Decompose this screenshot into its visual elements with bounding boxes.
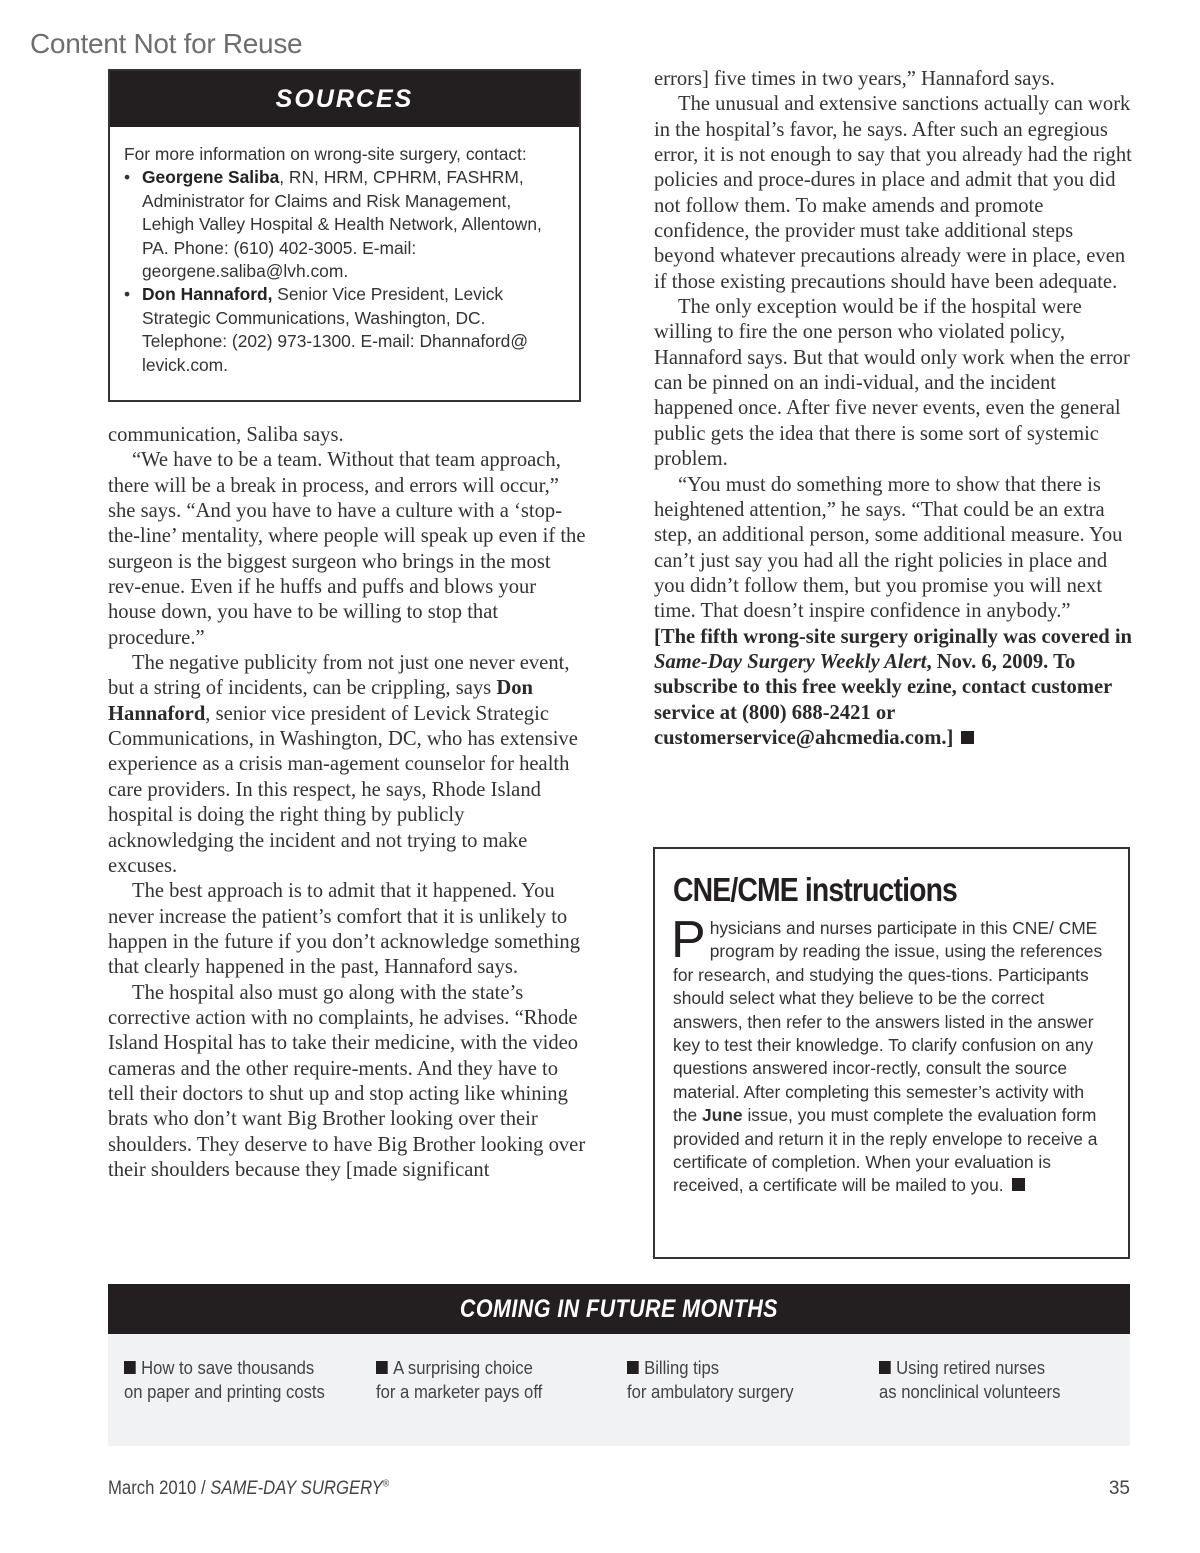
article-left-column: communication, Saliba says. “We have to … — [108, 423, 588, 1183]
future-items: How to save thousands on paper and print… — [108, 1334, 1130, 1404]
cne-title: CNE/CME instructions — [673, 871, 1049, 909]
contact-name: Georgene Saliba — [142, 167, 279, 187]
cne-body: Physicians and nurses participate in thi… — [673, 917, 1110, 1198]
highlight-month: June — [702, 1105, 743, 1125]
sources-box: SOURCES For more information on wrong-si… — [108, 69, 581, 402]
future-item-line: How to save thousands — [141, 1357, 314, 1378]
future-item: Billing tips for ambulatory surgery — [627, 1356, 853, 1404]
paragraph: The best approach is to admit that it ha… — [108, 879, 588, 980]
end-mark-icon — [1012, 1178, 1025, 1191]
paragraph: errors] five times in two years,” Hannaf… — [654, 67, 1134, 92]
paragraph: The unusual and extensive sanctions actu… — [654, 92, 1134, 295]
sources-contact: Don Hannaford, Senior Vice President, Le… — [124, 283, 565, 377]
end-mark-icon — [961, 731, 974, 744]
footer-date: March 2010 / — [108, 1478, 210, 1499]
watermark: Content Not for Reuse — [30, 28, 302, 60]
future-item: A surprising choice for a marketer pays … — [376, 1356, 602, 1404]
drop-cap: P — [671, 919, 706, 961]
contact-name: Don Hannaford, — [142, 284, 272, 304]
future-item-line: A surprising choice — [393, 1357, 533, 1378]
bullet-square-icon — [627, 1361, 639, 1374]
future-header: COMING IN FUTURE MONTHS — [108, 1284, 1130, 1334]
sources-title: SOURCES — [276, 85, 414, 114]
publication-title: Same-Day Surgery Weekly Alert — [654, 651, 926, 673]
future-title: COMING IN FUTURE MONTHS — [460, 1295, 778, 1324]
page-number: 35 — [1109, 1478, 1130, 1500]
future-item-line: Using retired nurses — [896, 1357, 1045, 1378]
paragraph: The negative publicity from not just one… — [108, 651, 588, 879]
future-item: Using retired nurses as nonclinical volu… — [879, 1356, 1105, 1404]
future-item-line: on paper and printing costs — [124, 1380, 350, 1404]
future-item-line: as nonclinical volunteers — [879, 1380, 1105, 1404]
paragraph: The only exception would be if the hospi… — [654, 295, 1134, 472]
text-run: , senior vice president of Levick Strate… — [108, 703, 578, 877]
bullet-square-icon — [124, 1361, 136, 1374]
paragraph: communication, Saliba says. — [108, 423, 588, 448]
text-run: [The fifth wrong-site surgery originally… — [654, 626, 1132, 648]
sources-body: For more information on wrong-site surge… — [110, 127, 579, 377]
sources-contact-list: Georgene Saliba, RN, HRM, CPHRM, FASHRM,… — [124, 166, 565, 377]
sources-contact: Georgene Saliba, RN, HRM, CPHRM, FASHRM,… — [124, 166, 565, 283]
footer-publication: SAME-DAY SURGERY — [210, 1478, 383, 1499]
sources-header: SOURCES — [110, 71, 579, 127]
paragraph: “You must do something more to show that… — [654, 473, 1134, 625]
sources-intro: For more information on wrong-site surge… — [124, 143, 565, 166]
paragraph: “We have to be a team. Without that team… — [108, 448, 588, 651]
coming-in-future-months: COMING IN FUTURE MONTHS How to save thou… — [108, 1284, 1130, 1446]
cne-instructions-box: CNE/CME instructions Physicians and nurs… — [653, 847, 1130, 1259]
future-item-line: for ambulatory surgery — [627, 1380, 853, 1404]
text-run: hysicians and nurses participate in this… — [673, 918, 1102, 1125]
footer-issue: March 2010 / SAME-DAY SURGERY® — [108, 1478, 389, 1500]
editor-note: [The fifth wrong-site surgery originally… — [654, 625, 1134, 752]
future-item: How to save thousands on paper and print… — [124, 1356, 350, 1404]
registered-mark: ® — [383, 1479, 389, 1490]
bullet-square-icon — [879, 1361, 891, 1374]
paragraph: The hospital also must go along with the… — [108, 981, 588, 1184]
article-right-column: errors] five times in two years,” Hannaf… — [654, 67, 1134, 751]
bullet-square-icon — [376, 1361, 388, 1374]
future-item-line: Billing tips — [644, 1357, 719, 1378]
future-item-line: for a marketer pays off — [376, 1380, 602, 1404]
